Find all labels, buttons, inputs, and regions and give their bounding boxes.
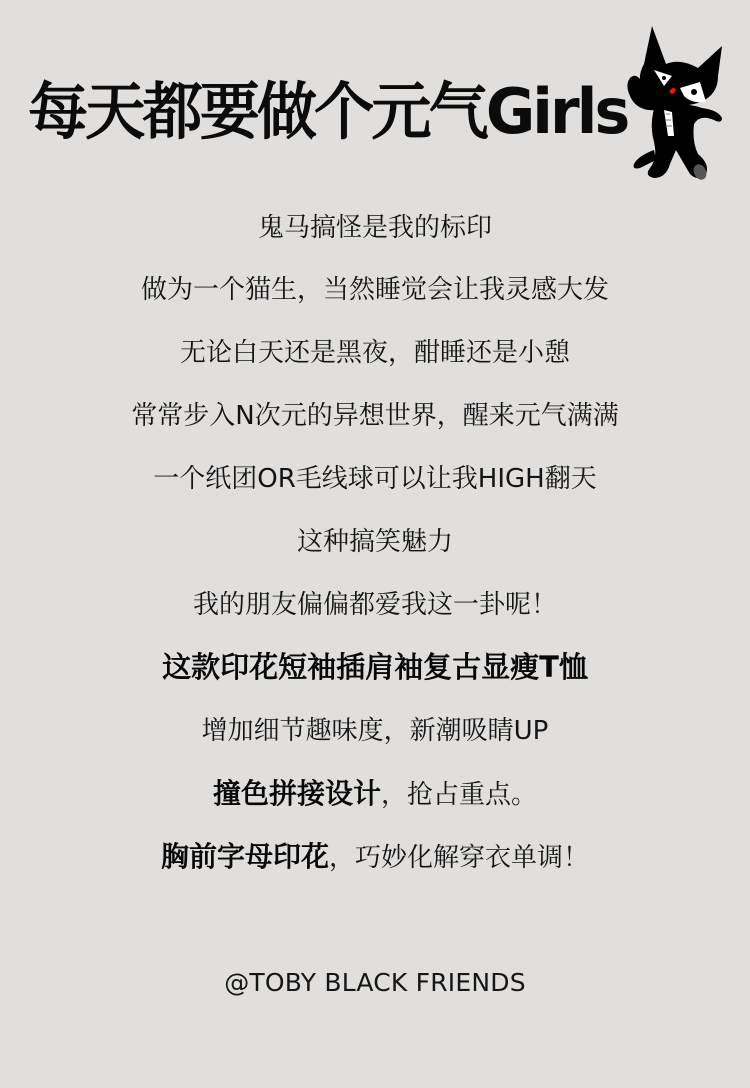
description-line: 无论白天还是黑夜，酣睡还是小憩 <box>0 336 750 370</box>
product-headline: 这款印花短袖插肩袖复古显瘦T恤 <box>0 650 750 684</box>
feature-line: 撞色拼接设计，抢占重点。 <box>0 777 750 811</box>
description-line: 鬼马搞怪是我的标印 <box>0 211 750 245</box>
page-title: 每天都要做个元气Girls <box>28 72 627 152</box>
feature-text: ，抢占重点。 <box>381 780 537 810</box>
description-line: 做为一个猫生，当然睡觉会让我灵感大发 <box>0 273 750 307</box>
description-line: 这种搞笑魅力 <box>0 525 750 559</box>
description-line: 常常步入N次元的异想世界，醒来元气满满 <box>0 399 750 433</box>
feature-highlight: 胸前字母印花 <box>161 840 329 873</box>
brand-credit: @TOBY BLACK FRIENDS <box>0 966 750 1000</box>
description-line: 一个纸团OR毛线球可以让我HIGH翻天 <box>0 462 750 496</box>
feature-line: 胸前字母印花，巧妙化解穿衣单调！ <box>0 840 750 874</box>
feature-highlight: 撞色拼接设计 <box>213 777 381 810</box>
feature-text: ，巧妙化解穿衣单调！ <box>329 843 589 873</box>
black-cat-mascot-icon <box>614 24 726 184</box>
description-line: 我的朋友偏偏都爱我这一卦呢！ <box>0 588 750 622</box>
description-line: 增加细节趣味度，新潮吸睛UP <box>0 714 750 748</box>
